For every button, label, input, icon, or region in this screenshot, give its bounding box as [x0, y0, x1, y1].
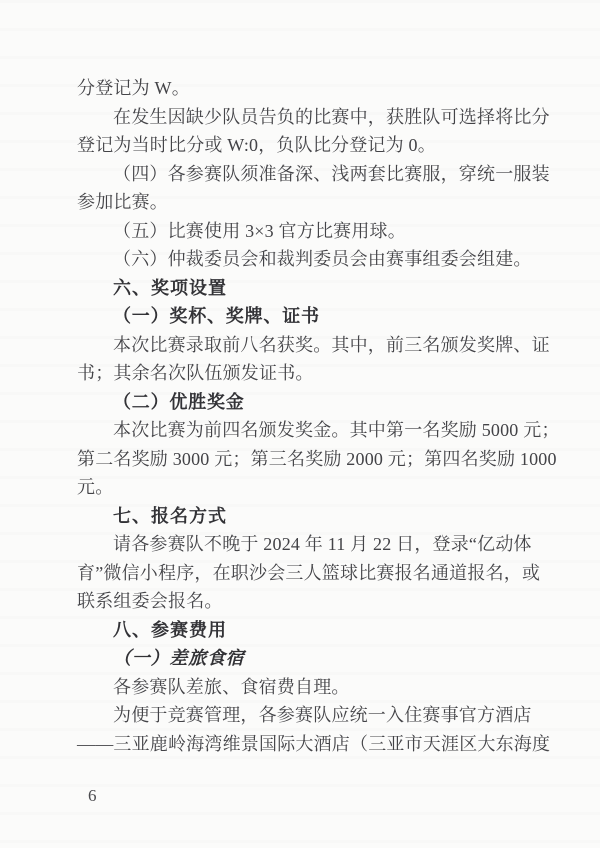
- text-line-10: 本次比赛录取前八名获奖。其中，前三名颁发奖牌、证: [77, 331, 542, 360]
- text-line-3: 登记为当时比分或 W:0，负队比分登记为 0。: [77, 131, 542, 160]
- text-line-24: ——三亚鹿岭海湾维景国际大酒店（三亚市天涯区大东海度: [77, 730, 542, 759]
- text-line-4: （四）各参赛队须准备深、浅两套比赛服，穿统一服装: [77, 160, 542, 189]
- text-line-18: 育”微信小程序，在职沙会三人篮球比赛报名通道报名，或: [77, 559, 542, 588]
- text-line-20: 八、参赛费用: [77, 616, 542, 645]
- text-line-2: 在发生因缺少队员告负的比赛中，获胜队可选择将比分: [77, 103, 542, 132]
- text-line-16: 七、报名方式: [77, 502, 542, 531]
- text-line-7: （六）仲裁委员会和裁判委员会由赛事组委会组建。: [77, 245, 542, 274]
- text-line-8: 六、奖项设置: [77, 274, 542, 303]
- text-line-6: （五）比赛使用 3×3 官方比赛用球。: [77, 217, 542, 246]
- text-line-14: 第二名奖励 3000 元；第三名奖励 2000 元；第四名奖励 1000: [77, 445, 542, 474]
- page-number: 6: [88, 785, 97, 807]
- text-line-1: 分登记为 W。: [77, 74, 542, 103]
- text-line-15: 元。: [77, 473, 542, 502]
- text-line-11: 书；其余名次队伍颁发证书。: [77, 359, 542, 388]
- text-line-19: 联系组委会报名。: [77, 587, 542, 616]
- text-line-21: （一）差旅食宿: [77, 644, 542, 673]
- text-line-17: 请各参赛队不晚于 2024 年 11 月 22 日，登录“亿动体: [77, 530, 542, 559]
- text-line-9: （一）奖杯、奖牌、证书: [77, 302, 542, 331]
- document-body: 分登记为 W。在发生因缺少队员告负的比赛中，获胜队可选择将比分登记为当时比分或 …: [77, 74, 542, 758]
- text-line-12: （二）优胜奖金: [77, 388, 542, 417]
- text-line-13: 本次比赛为前四名颁发奖金。其中第一名奖励 5000 元；: [77, 416, 542, 445]
- text-line-22: 各参赛队差旅、食宿费自理。: [77, 673, 542, 702]
- text-line-5: 参加比赛。: [77, 188, 542, 217]
- document-page: 分登记为 W。在发生因缺少队员告负的比赛中，获胜队可选择将比分登记为当时比分或 …: [0, 0, 600, 848]
- text-line-23: 为便于竞赛管理，各参赛队应统一入住赛事官方酒店: [77, 701, 542, 730]
